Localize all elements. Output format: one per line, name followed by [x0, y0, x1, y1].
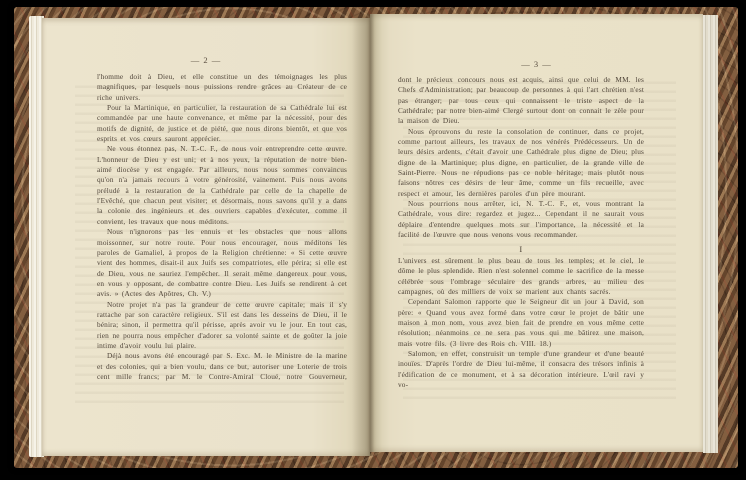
scanned-book-background: — 2 — l'homme doit à Dieu, et elle const… — [0, 0, 746, 480]
paragraph: L'univers est sûrement le plus beau de t… — [398, 256, 644, 297]
right-page-text: dont le précieux concours nous est acqui… — [398, 75, 644, 390]
paragraph: Pour la Martinique, en particulier, la r… — [97, 103, 347, 144]
left-page-text: l'homme doit à Dieu, et elle constitue u… — [97, 72, 347, 382]
paragraph: Nous n'ignorons pas les ennuis et les ob… — [97, 227, 347, 299]
paragraph: Salomon, en effet, construisit un temple… — [398, 349, 644, 390]
page-stack-edge-right — [703, 15, 718, 453]
left-page: — 2 — l'homme doit à Dieu, et elle const… — [42, 18, 370, 456]
paragraph: Nous éprouvons du reste la consolation d… — [398, 127, 644, 199]
paragraph: Nous pourrions nous arrêter, ici, N. T.-… — [398, 199, 644, 240]
paragraph: Déjà nous avons été encouragé par S. Exc… — [97, 351, 347, 382]
page-number-right: — 3 — — [370, 59, 703, 69]
paragraph: Ne vous étonnez pas, N. T.-C. F., de nou… — [97, 144, 347, 227]
paragraph: dont le précieux concours nous est acqui… — [398, 75, 644, 127]
paragraph: l'homme doit à Dieu, et elle constitue u… — [97, 72, 347, 103]
section-heading: I — [398, 244, 644, 254]
paragraph: Cependant Salomon rapporte que le Seigne… — [398, 297, 644, 349]
page-number-left: — 2 — — [42, 55, 370, 65]
right-page: — 3 — dont le précieux concours nous est… — [370, 14, 703, 452]
paragraph: Notre projet n'a pas la grandeur de cett… — [97, 300, 347, 352]
